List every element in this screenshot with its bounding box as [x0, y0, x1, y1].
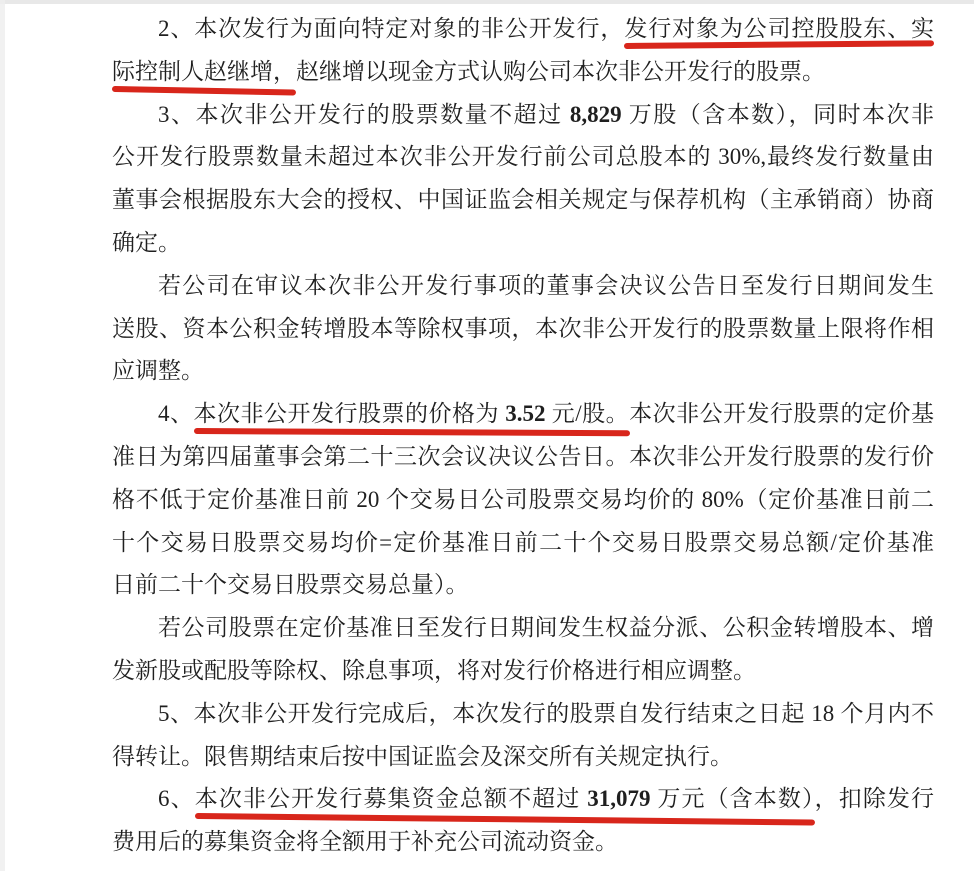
text-line: 准日为第四届董事会第二十三次会议决议公告日。本次非公开发行股票的发行价 — [112, 436, 934, 479]
page-scan-edge-left — [0, 0, 5, 871]
text-run: 8,829 — [570, 102, 622, 127]
text-line: 应调整。 — [112, 350, 934, 393]
red-underlined-text: 本次非公开发行股票的价格为 — [194, 401, 506, 426]
red-underlined-text: 本次非公开发行募集资金总额不超过 — [195, 786, 588, 811]
red-underlined-text: 元/股。 — [545, 401, 629, 426]
text-line: 5、本次非公开发行完成后，本次发行的股票自发行结束之日起 18 个月内不 — [112, 693, 934, 736]
text-run: 4、 — [158, 401, 194, 426]
text-line: 若公司股票在定价基准日至发行日期间发生权益分派、公积金转增股本、增 — [112, 607, 934, 650]
text-run: 5、本次非公开发行完成后，本次发行的股票自发行结束之日起 18 个月内不 — [158, 701, 934, 726]
text-run: 本次非公开发行股票的定价基 — [629, 401, 934, 426]
text-line: 发新股或配股等除权、除息事项，将对发行价格进行相应调整。 — [112, 650, 934, 693]
text-line: 得转让。限售期结束后按中国证监会及深交所有关规定执行。 — [112, 736, 934, 779]
document-page: 2、本次发行为面向特定对象的非公开发行，发行对象为公司控股股东、实际控制人赵继增… — [112, 8, 934, 864]
text-line: 确定。 — [112, 222, 934, 265]
text-line: 董事会根据股东大会的授权、中国证监会相关规定与保荐机构（主承销商）协商 — [112, 179, 934, 222]
text-line: 4、本次非公开发行股票的价格为 3.52 元/股。本次非公开发行股票的定价基 — [112, 393, 934, 436]
text-run: 应调整。 — [112, 358, 204, 383]
text-run: 董事会根据股东大会的授权、中国证监会相关规定与保荐机构（主承销商）协商 — [112, 187, 934, 212]
text-run: 万股（含本数），同时本次非 — [622, 102, 934, 127]
text-run: 3、本次非公开发行的股票数量不超过 — [158, 102, 570, 127]
text-line: 6、本次非公开发行募集资金总额不超过 31,079 万元（含本数），扣除发行 — [112, 778, 934, 821]
text-run: 确定。 — [112, 230, 181, 255]
red-underlined-text: 万元（含本数） — [651, 786, 815, 811]
text-run: 6、 — [158, 786, 195, 811]
text-run: 费用后的募集资金将全额用于补充公司流动资金。 — [112, 829, 618, 854]
page-scan-edge-top — [0, 0, 974, 4]
text-line: 际控制人赵继增，赵继增以现金方式认购公司本次非公开发行的股票。 — [112, 51, 934, 94]
red-underlined-text: 31,079 — [587, 786, 650, 811]
text-run: 送股、资本公积金转增股本等除权事项，本次非公开发行的股票数量上限将作相 — [112, 316, 934, 341]
text-run: 若公司在审议本次非公开发行事项的董事会决议公告日至发行日期间发生 — [158, 273, 934, 298]
text-run: 发新股或配股等除权、除息事项，将对发行价格进行相应调整。 — [112, 658, 756, 683]
text-line: 2、本次发行为面向特定对象的非公开发行，发行对象为公司控股股东、实 — [112, 8, 934, 51]
text-line: 3、本次非公开发行的股票数量不超过 8,829 万股（含本数），同时本次非 — [112, 94, 934, 137]
red-underlined-text: 3.52 — [505, 401, 545, 426]
text-run: 准日为第四届董事会第二十三次会议决议公告日。本次非公开发行股票的发行价 — [112, 444, 934, 469]
text-line: 十个交易日股票交易均价=定价基准日前二十个交易日股票交易总额/定价基准 — [112, 522, 934, 565]
text-run: 日前二十个交易日股票交易总量）。 — [112, 572, 469, 597]
red-underlined-text: 发行对象为公司控股股东、实 — [624, 16, 934, 41]
text-run: 2、本次发行为面向特定对象的非公开发行， — [158, 16, 624, 41]
text-line: 日前二十个交易日股票交易总量）。 — [112, 564, 934, 607]
text-run: 十个交易日股票交易均价=定价基准日前二十个交易日股票交易总额/定价基准 — [112, 530, 934, 555]
text-line: 费用后的募集资金将全额用于补充公司流动资金。 — [112, 821, 934, 864]
text-line: 公开发行股票数量未超过本次非公开发行前公司总股本的 30%,最终发行数量由 — [112, 136, 934, 179]
text-run: 赵继增以现金方式认购公司本次非公开发行的股票。 — [296, 59, 825, 84]
text-line: 送股、资本公积金转增股本等除权事项，本次非公开发行的股票数量上限将作相 — [112, 308, 934, 351]
text-run: ，扣除发行 — [815, 786, 934, 811]
red-underlined-text: 际控制人赵继增， — [112, 59, 296, 84]
text-run: 若公司股票在定价基准日至发行日期间发生权益分派、公积金转增股本、增 — [158, 615, 934, 640]
text-line: 格不低于定价基准日前 20 个交易日公司股票交易均价的 80%（定价基准日前二 — [112, 479, 934, 522]
text-line: 若公司在审议本次非公开发行事项的董事会决议公告日至发行日期间发生 — [112, 265, 934, 308]
text-run: 公开发行股票数量未超过本次非公开发行前公司总股本的 30%,最终发行数量由 — [112, 144, 934, 169]
text-run: 格不低于定价基准日前 20 个交易日公司股票交易均价的 80%（定价基准日前二 — [112, 487, 934, 512]
text-run: 得转让。限售期结束后按中国证监会及深交所有关规定执行。 — [112, 744, 733, 769]
